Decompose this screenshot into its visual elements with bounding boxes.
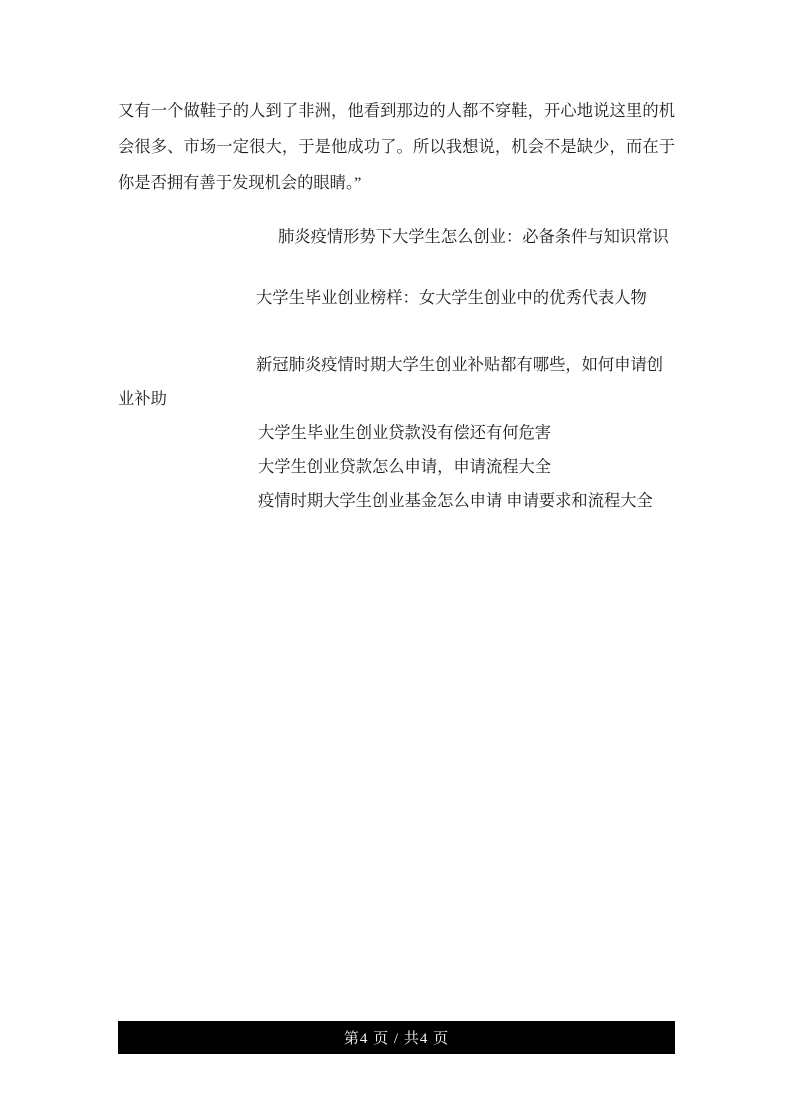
related-article-title-1: 肺炎疫情形势下大学生怎么创业：必备条件与知识常识	[118, 220, 675, 254]
related-article-title-3: 新冠肺炎疫情时期大学生创业补贴都有哪些，如何申请创业补助	[118, 348, 675, 416]
related-article-title-4: 大学生毕业生创业贷款没有偿还有何危害	[118, 416, 675, 450]
page-footer-bar: 第4 页 / 共4 页	[118, 1021, 675, 1054]
related-article-title-2: 大学生毕业创业榜样：女大学生创业中的优秀代表人物	[118, 281, 675, 315]
page-content: 又有一个做鞋子的人到了非洲，他看到那边的人都不穿鞋，开心地说这里的机会很多、市场…	[118, 93, 675, 518]
document-page: 又有一个做鞋子的人到了非洲，他看到那边的人都不穿鞋，开心地说这里的机会很多、市场…	[0, 0, 792, 1120]
body-paragraph: 又有一个做鞋子的人到了非洲，他看到那边的人都不穿鞋，开心地说这里的机会很多、市场…	[118, 93, 675, 201]
related-article-title-5: 大学生创业贷款怎么申请，申请流程大全	[118, 450, 675, 484]
related-article-title-6: 疫情时期大学生创业基金怎么申请 申请要求和流程大全	[118, 484, 675, 518]
page-number-indicator: 第4 页 / 共4 页	[344, 1027, 449, 1048]
